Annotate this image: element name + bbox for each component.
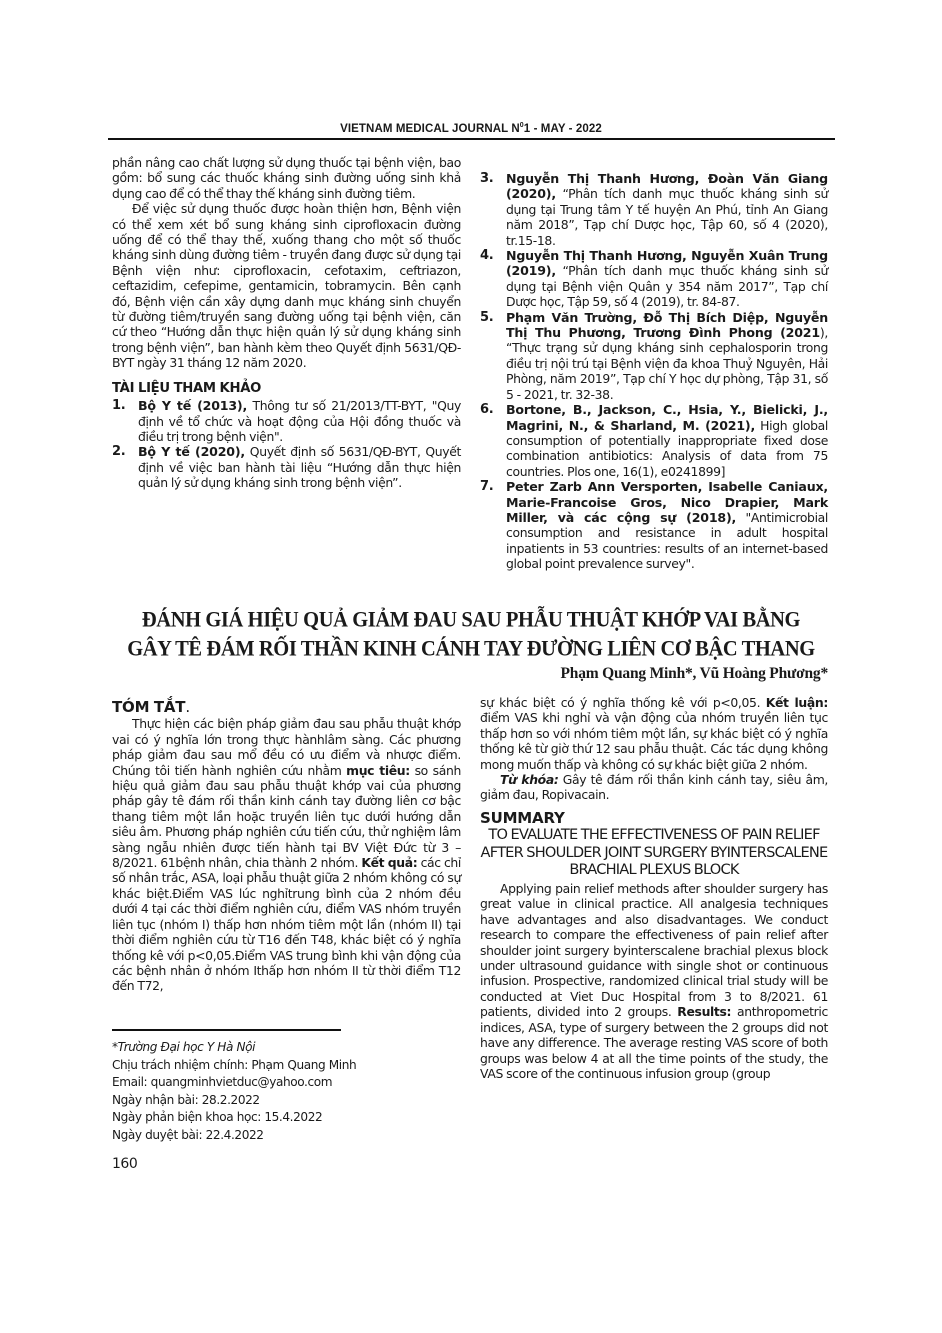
english-title: TO EVALUATE THE EFFECTIVENESS OF PAIN RE… (480, 826, 828, 879)
reference-authors: Bộ Y tế (2020), (138, 444, 245, 459)
reference-number: 5. (480, 310, 493, 325)
reference-number: 7. (480, 479, 493, 494)
abstract-en-body: Applying pain relief methods after shoul… (480, 881, 828, 1081)
footnotes: *Trường Đại học Y Hà Nội Chịu trách nhiệ… (112, 1039, 452, 1145)
reference-item: 6.Bortone, B., Jackson, C., Hsia, Y., Bi… (480, 402, 828, 479)
prev-article-left-column: phần nâng cao chất lượng sử dụng thuốc t… (112, 155, 461, 491)
abstract-vi-conclusion: điểm VAS khi nghỉ và vận động của nhóm t… (480, 710, 828, 771)
reference-item: 5.Phạm Văn Trường, Đỗ Thị Bích Diệp, Ngu… (480, 310, 828, 402)
reference-item: 4.Nguyễn Thị Thanh Hương, Nguyễn Xuân Tr… (480, 248, 828, 310)
abstract-heading-period: . (185, 698, 190, 716)
references-heading: TÀI LIỆU THAM KHẢO (112, 381, 461, 396)
footnote-review-date: Ngày phản biện khoa học: 15.4.2022 (112, 1109, 452, 1127)
reference-number: 4. (480, 248, 493, 263)
footnote-affiliation: *Trường Đại học Y Hà Nội (112, 1039, 452, 1057)
objective-label: mục tiêu: (346, 763, 410, 778)
reference-number: 6. (480, 402, 493, 417)
reference-authors: Bộ Y tế (2013), (138, 398, 247, 413)
abstract-en-intro: Applying pain relief methods after shoul… (480, 881, 828, 1019)
abstract-right-column: sự khác biệt có ý nghĩa thống kê với p<0… (480, 695, 828, 1081)
reference-number: 2. (112, 444, 125, 459)
prev-article-paragraph-1: phần nâng cao chất lượng sử dụng thuốc t… (112, 155, 461, 201)
summary-heading: SUMMARY (480, 811, 828, 826)
keywords-label: Từ khóa: (500, 772, 558, 787)
abstract-heading: TÓM TẮT. (112, 700, 461, 715)
reference-number: 1. (112, 398, 125, 413)
abstract-vi-column: TÓM TẮT. Thực hiện các biện pháp giảm đa… (112, 700, 461, 994)
keywords: Từ khóa: Gây tê đám rối thần kinh cánh t… (480, 772, 828, 803)
running-header-text: VIETNAM MEDICAL JOURNAL N (340, 123, 520, 135)
results-label-en: Results: (677, 1004, 731, 1019)
reference-authors: Phạm Văn Trường, Đỗ Thị Bích Diệp, Nguyễ… (506, 310, 828, 340)
running-header: VIETNAM MEDICAL JOURNAL N01 - MAY - 2022 (108, 122, 834, 135)
abstract-vi-body: Thực hiện các biện pháp giảm đau sau phẫ… (112, 716, 461, 993)
reference-item: 1.Bộ Y tế (2013), Thông tư số 21/2013/TT… (112, 398, 461, 444)
reference-number: 3. (480, 171, 493, 186)
reference-item: 2.Bộ Y tế (2020), Quyết định số 5631/QĐ-… (112, 444, 461, 490)
article-authors: Phạm Quang Minh*, Vũ Hoàng Phương* (561, 665, 828, 683)
abstract-vi-results: các chỉ số nhân trắc, ASA, loại phẫu thu… (112, 855, 461, 993)
abstract-vi-methods: so sánh hiệu quả giảm đau sau phẫu thuật… (112, 763, 461, 870)
prev-article-right-column: 3.Nguyễn Thị Thanh Hương, Đoàn Văn Giang… (480, 171, 828, 572)
article-title-line-1: ĐÁNH GIÁ HIỆU QUẢ GIẢM ĐAU SAU PHẪU THUẬ… (108, 606, 834, 635)
journal-page: VIETNAM MEDICAL JOURNAL N01 - MAY - 2022… (0, 0, 942, 1333)
prev-article-paragraph-2: Để việc sử dụng thuốc được hoàn thiện hơ… (112, 201, 461, 370)
header-rule (108, 138, 835, 140)
abstract-vi-results-cont: sự khác biệt có ý nghĩa thống kê với p<0… (480, 695, 766, 710)
reference-item: 3.Nguyễn Thị Thanh Hương, Đoàn Văn Giang… (480, 171, 828, 248)
running-header-issue: 1 - MAY - 2022 (524, 123, 602, 135)
article-title-line-2: GÂY TÊ ĐÁM RỐI THẦN KINH CÁNH TAY ĐƯỜNG … (108, 635, 834, 664)
reference-list-left: 1.Bộ Y tế (2013), Thông tư số 21/2013/TT… (112, 398, 461, 490)
results-label: Kết quả: (361, 855, 417, 870)
footnote-rule (112, 1029, 341, 1031)
footnote-received-date: Ngày nhận bài: 28.2.2022 (112, 1092, 452, 1110)
page-number: 160 (112, 1156, 137, 1172)
abstract-vi-continued: sự khác biệt có ý nghĩa thống kê với p<0… (480, 695, 828, 772)
abstract-heading-text: TÓM TẮT (112, 698, 185, 716)
reference-list-right: 3.Nguyễn Thị Thanh Hương, Đoàn Văn Giang… (480, 171, 828, 572)
conclusion-label: Kết luận: (766, 695, 828, 710)
footnote-accepted-date: Ngày duyệt bài: 22.4.2022 (112, 1127, 452, 1145)
article-title: ĐÁNH GIÁ HIỆU QUẢ GIẢM ĐAU SAU PHẪU THUẬ… (108, 606, 834, 664)
footnote-corresponding-author: Chịu trách nhiệm chính: Phạm Quang Minh (112, 1057, 452, 1075)
footnote-email: Email: quangminhvietduc@yahoo.com (112, 1074, 452, 1092)
reference-item: 7.Peter Zarb Ann Versporten, Isabelle Ca… (480, 479, 828, 571)
